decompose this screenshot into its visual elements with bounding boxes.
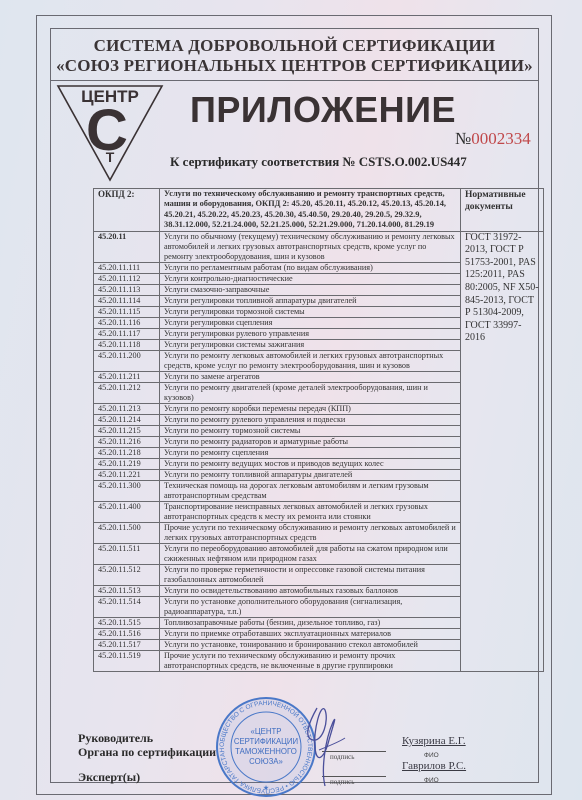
row-code: 45.20.11.114 (94, 295, 160, 306)
row-code: 45.20.11.219 (94, 458, 160, 469)
header-code: ОКПД 2: (94, 189, 160, 232)
head-label-line2: Органа по сертификации (78, 745, 216, 759)
row-code: 45.20.11.516 (94, 628, 160, 639)
row-description: Услуги по обычному (текущему) техническо… (160, 231, 461, 262)
row-description: Услуги по приемке отработавших эксплуата… (160, 628, 461, 639)
svg-text:СЕРТИФИКАЦИИ: СЕРТИФИКАЦИИ (234, 737, 298, 746)
row-code: 45.20.11.212 (94, 382, 160, 403)
signature-icon (295, 700, 355, 790)
svg-text:Т: Т (106, 149, 115, 165)
row-description: Услуги по ремонту рулевого управления и … (160, 414, 461, 425)
row-code: 45.20.11.213 (94, 403, 160, 414)
row-description: Услуги по ремонту топливной аппаратуры д… (160, 469, 461, 480)
row-code: 45.20.11.200 (94, 350, 160, 371)
row-code: 45.20.11.116 (94, 317, 160, 328)
table-row: 45.20.11Услуги по обычному (текущему) те… (94, 231, 544, 262)
row-description: Прочие услуги по техническому обслуживан… (160, 650, 461, 671)
row-code: 45.20.11.112 (94, 273, 160, 284)
svg-text:★: ★ (263, 784, 269, 792)
number-value: 0002334 (471, 129, 531, 148)
row-description: Услуги по установке дополнительного обор… (160, 596, 461, 617)
row-code: 45.20.11 (94, 231, 160, 262)
row-code: 45.20.11.218 (94, 447, 160, 458)
row-description: Услуги регулировки системы зажигания (160, 339, 461, 350)
row-description: Услуги по освидетельствованию автомобиль… (160, 585, 461, 596)
svg-text:«ЦЕНТР: «ЦЕНТР (251, 727, 282, 736)
document-number: №0002334 (455, 129, 531, 149)
row-description: Услуги регулировки рулевого управления (160, 328, 461, 339)
row-code: 45.20.11.515 (94, 617, 160, 628)
row-code: 45.20.11.215 (94, 425, 160, 436)
row-description: Услуги по ремонту сцепления (160, 447, 461, 458)
normative-documents: ГОСТ 31972-2013, ГОСТ Р 51753-2001, PAS … (461, 231, 544, 671)
row-code: 45.20.11.214 (94, 414, 160, 425)
system-name-line1: СИСТЕМА ДОБРОВОЛЬНОЙ СЕРТИФИКАЦИИ (50, 36, 539, 56)
svg-text:СОЮЗА»: СОЮЗА» (249, 757, 283, 766)
table-header-row: ОКПД 2: Услуги по техническому обслужива… (94, 189, 544, 232)
row-description: Услуги по ремонту коробки перемены перед… (160, 403, 461, 414)
row-description: Услуги по регламентным работам (по видам… (160, 262, 461, 273)
head-label: Руководитель Органа по сертификации (78, 731, 216, 759)
row-description: Топливозаправочные работы (бензин, дизел… (160, 617, 461, 628)
expert-label: Эксперт(ы) (78, 770, 140, 784)
row-description: Услуги по ремонту ведущих мостов и приво… (160, 458, 461, 469)
expert-name-caption: ФИО (424, 777, 439, 784)
head-label-line1: Руководитель (78, 731, 216, 745)
header-norms: Нормативные документы (461, 189, 544, 232)
row-code: 45.20.11.115 (94, 306, 160, 317)
row-description: Прочие услуги по техническому обслуживан… (160, 522, 461, 543)
row-description: Услуги регулировки топливной аппаратуры … (160, 295, 461, 306)
row-code: 45.20.11.113 (94, 284, 160, 295)
row-code: 45.20.11.514 (94, 596, 160, 617)
row-code: 45.20.11.211 (94, 371, 160, 382)
row-code: 45.20.11.517 (94, 639, 160, 650)
row-description: Услуги регулировки тормозной системы (160, 306, 461, 317)
row-description: Услуги по ремонту радиаторов и арматурны… (160, 436, 461, 447)
row-code: 45.20.11.221 (94, 469, 160, 480)
row-code: 45.20.11.511 (94, 543, 160, 564)
row-code: 45.20.11.512 (94, 564, 160, 585)
row-code: 45.20.11.513 (94, 585, 160, 596)
row-code: 45.20.11.519 (94, 650, 160, 671)
head-name-caption: ФИО (424, 752, 439, 759)
head-name: Кузярина Е.Г. (402, 735, 466, 747)
row-description: Услуги по проверке герметичности и опрес… (160, 564, 461, 585)
row-code: 45.20.11.500 (94, 522, 160, 543)
expert-name: Гаврилов Р.С. (402, 760, 466, 772)
row-description: Услуги по ремонту тормозной системы (160, 425, 461, 436)
services-table: ОКПД 2: Услуги по техническому обслужива… (93, 188, 544, 672)
certificate-reference: К сертификату соответствия № CSTS.O.002.… (170, 154, 467, 170)
row-code: 45.20.11.400 (94, 501, 160, 522)
row-description: Техническая помощь на дорогах легковым а… (160, 480, 461, 501)
row-code: 45.20.11.118 (94, 339, 160, 350)
number-symbol: № (455, 129, 471, 148)
row-description: Услуги по замене агрегатов (160, 371, 461, 382)
row-description: Услуги по ремонту легковых автомобилей и… (160, 350, 461, 371)
row-description: Транспортирование неисправных легковых а… (160, 501, 461, 522)
row-description: Услуги контрольно-диагностические (160, 273, 461, 284)
system-name-line2: «СОЮЗ РЕГИОНАЛЬНЫХ ЦЕНТРОВ СЕРТИФИКАЦИИ» (50, 56, 539, 76)
row-description: Услуги смазочно-заправочные (160, 284, 461, 295)
row-code: 45.20.11.117 (94, 328, 160, 339)
row-code: 45.20.11.300 (94, 480, 160, 501)
row-description: Услуги регулировки сцепления (160, 317, 461, 328)
row-code: 45.20.11.216 (94, 436, 160, 447)
page-title: ПРИЛОЖЕНИЕ (190, 89, 490, 131)
row-code: 45.20.11.111 (94, 262, 160, 273)
system-header: СИСТЕМА ДОБРОВОЛЬНОЙ СЕРТИФИКАЦИИ «СОЮЗ … (50, 28, 539, 81)
row-description: Услуги по установке, тонированию и брони… (160, 639, 461, 650)
row-description: Услуги по ремонту двигателей (кроме дета… (160, 382, 461, 403)
svg-text:ТАМОЖЕННОГО: ТАМОЖЕННОГО (235, 747, 297, 756)
header-description: Услуги по техническому обслуживанию и ре… (160, 189, 461, 232)
row-description: Услуги по переоборудованию автомобилей д… (160, 543, 461, 564)
center-st-logo-icon: ЦЕНТР С Т (55, 84, 165, 182)
